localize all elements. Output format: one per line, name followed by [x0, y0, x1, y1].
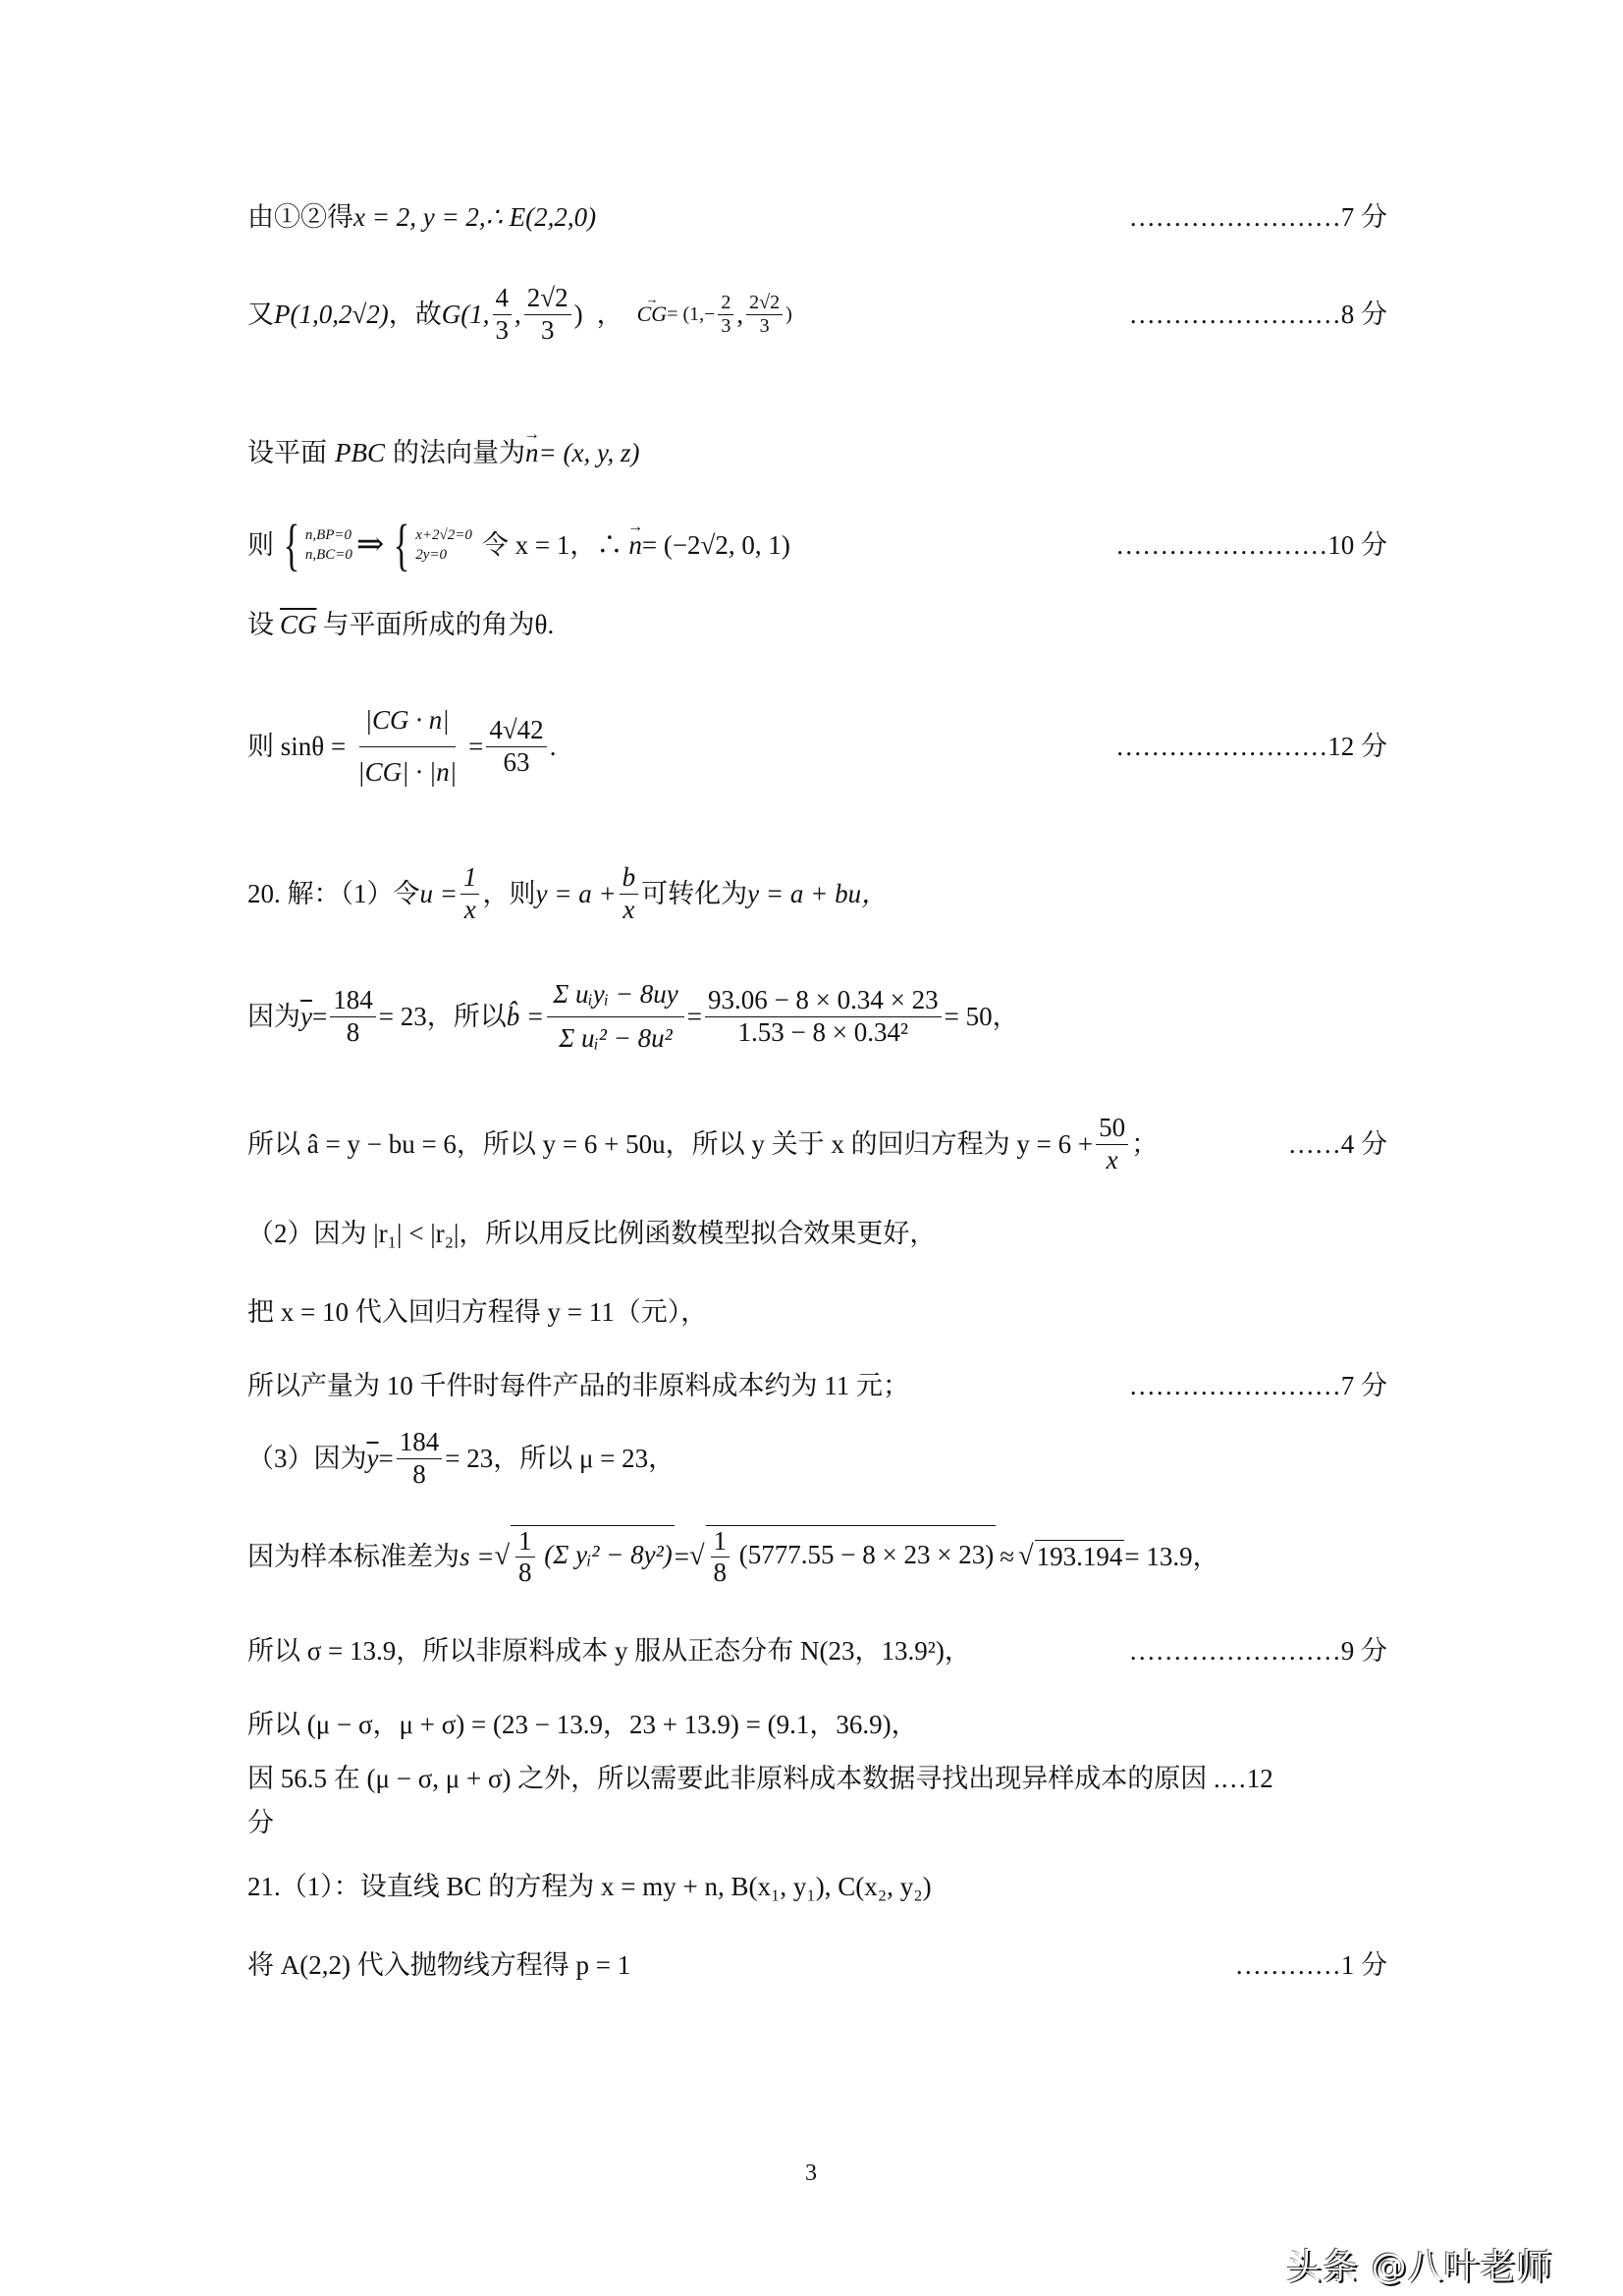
fraction: Σ uᵢyᵢ − 8uy Σ uᵢ² − 8u² — [547, 973, 684, 1059]
numerator: |CG · n| — [359, 695, 456, 746]
numerator: 2√2 — [524, 283, 571, 314]
fraction: 2√23 — [746, 292, 783, 338]
y-bar: y — [367, 1443, 379, 1474]
text: 21.（1）：设直线 BC 的方程为 x = my + n, B(x₁, y₁)… — [247, 1871, 932, 1902]
q21-line-bc: 21.（1）：设直线 BC 的方程为 x = my + n, B(x₁, y₁)… — [247, 1871, 1387, 1902]
numerator: 50 — [1096, 1113, 1128, 1144]
q20-line-conclusion-cont: 分 — [247, 1807, 1387, 1838]
b-hat: b̂ = — [507, 1001, 544, 1032]
q19-line-system: 则 { n,BP=0n,BC=0 ⇒ { x+2√2=02y=0 令 x = 1… — [247, 516, 1387, 574]
q19-line-normal-vector: 设平面 PBC 的法向量为 n = (x, y, z) — [247, 437, 1387, 468]
brace-icon: { — [284, 517, 300, 574]
text: 设平面 — [247, 437, 327, 468]
denominator: 3 — [493, 315, 513, 346]
denominator: x — [620, 895, 637, 925]
score-marker: ……………………7 分 — [1129, 201, 1387, 233]
denominator: 3 — [538, 315, 558, 346]
score-marker: ……………………12 分 — [1115, 731, 1387, 762]
text: . — [550, 731, 557, 762]
q20-line-part2: （2）因为 |r₁| < |r₂|，所以用反比例函数模型拟合效果更好， — [247, 1218, 1387, 1249]
q20-line-std-dev: 因为样本标准差为 s = √ 18 (Σ yᵢ² − 8y²) = √ 18 (… — [247, 1512, 1387, 1601]
text: ， — [597, 299, 623, 330]
text: 因为样本标准差为 — [247, 1541, 460, 1572]
denominator: 63 — [501, 747, 533, 778]
numerator: 4 — [493, 283, 513, 314]
plane-label: PBC — [335, 437, 385, 468]
numerator: 1 — [711, 1526, 730, 1558]
text: 则 — [247, 529, 274, 561]
q19-line-angle: 设 CG 与平面所成的角为θ. — [247, 609, 1387, 640]
score-marker: ……………………7 分 — [1129, 1370, 1387, 1401]
q20-line-conclusion: 因 56.5 在 (μ − σ, μ + σ) 之外，所以需要此非原料成本数据寻… — [247, 1763, 1387, 1794]
radicand: 193.194 — [1035, 1540, 1125, 1572]
q20-line-regression: 所以 â = y − bu = 6，所以 y = 6 + 50u，所以 y 关于… — [247, 1105, 1387, 1183]
text: 令 x = 1，∴ — [482, 529, 622, 561]
fraction: 1848 — [330, 985, 376, 1047]
text: ，则 — [482, 878, 535, 909]
radicand: 18 (Σ yᵢ² − 8y²) — [511, 1525, 675, 1588]
numerator: b — [620, 862, 639, 894]
equation: n,BC=0 — [305, 545, 352, 565]
q21-line-p: 将 A(2,2) 代入抛物线方程得 p = 1 …………1 分 — [247, 1949, 1387, 1981]
denominator: 8 — [344, 1017, 363, 1048]
equation-system: { x+2√2=02y=0 — [388, 517, 471, 574]
text: ≈ — [1000, 1541, 1014, 1572]
numerator: 93.06 − 8 × 0.34 × 23 — [705, 985, 942, 1016]
radicand: 18 (5777.55 − 8 × 23 × 23) — [706, 1525, 997, 1588]
fraction: 1x — [460, 862, 480, 924]
text: （3）因为 — [247, 1443, 367, 1474]
sqrt-icon: √ — [1018, 1540, 1034, 1573]
numerator: 4√42 — [486, 715, 546, 746]
fraction: 4√4263 — [486, 715, 546, 777]
text: ) — [785, 302, 792, 326]
fraction: 50x — [1096, 1113, 1128, 1175]
fraction: 18 — [515, 1526, 535, 1588]
text: 所以 σ = 13.9，所以非原料成本 y 服从正态分布 N(23，13.9²)… — [247, 1635, 971, 1667]
text: 设 — [247, 609, 274, 640]
text: = — [468, 731, 483, 762]
implies-icon: ⇒ — [356, 525, 385, 566]
denominator: 3 — [757, 315, 773, 338]
numerator: 184 — [397, 1427, 443, 1458]
score-marker: ……………………10 分 — [1115, 529, 1387, 561]
q20-line-b-hat: 因为 y = 1848 = 23，所以 b̂ = Σ uᵢyᵢ − 8uy Σ … — [247, 938, 1387, 1095]
text: = 23，所以 — [379, 1001, 507, 1032]
vector-n: n — [628, 529, 642, 561]
denominator: x — [1104, 1145, 1121, 1175]
text: = 13.9， — [1124, 1541, 1218, 1572]
numerator: 184 — [330, 985, 376, 1016]
math-expression: = (−2√2, 0, 1) — [642, 529, 790, 561]
denominator: 1.53 − 8 × 0.34² — [735, 1017, 912, 1048]
text: = — [687, 1001, 702, 1032]
text: 将 A(2,2) 代入抛物线方程得 p = 1 — [247, 1949, 630, 1981]
math-expression: s = — [460, 1541, 494, 1572]
denominator: 8 — [711, 1558, 730, 1588]
q20-line-substitution: 20. 解：（1）令 u = 1x ，则 y = a + bx 可转化为 y =… — [247, 854, 1387, 933]
text: ； — [1131, 1128, 1158, 1160]
denominator: 8 — [515, 1558, 535, 1588]
text: 所以产量为 10 千件时每件产品的非原料成本约为 11 元； — [247, 1370, 909, 1401]
math-expression: (5777.55 − 8 × 23 × 23) — [739, 1540, 994, 1569]
text: 所以 (μ − σ，μ + σ) = (23 − 13.9，23 + 13.9)… — [247, 1709, 918, 1740]
vector-cg: CG — [637, 301, 668, 327]
math-point-p: P(1,0,2√2) — [274, 299, 389, 330]
fraction: 18 — [711, 1526, 730, 1588]
text: = — [675, 1541, 689, 1572]
q20-line-part3: （3）因为 y = 1848 = 23，所以 μ = 23， — [247, 1419, 1387, 1498]
sqrt-icon: √ — [689, 1540, 705, 1573]
text: 因为 — [247, 1001, 300, 1032]
text: 与平面所成的角为θ. — [323, 609, 555, 640]
text: 又 — [247, 299, 274, 330]
score-marker: ……………………8 分 — [1129, 299, 1387, 330]
math-point-g: G(1, — [442, 299, 490, 330]
fraction: 1848 — [397, 1427, 443, 1489]
score-marker: ……………………9 分 — [1129, 1635, 1387, 1667]
page-number: 3 — [805, 2160, 817, 2187]
text: = 50， — [945, 1001, 1019, 1032]
watermark: 头条 @八叶老师 — [1286, 2239, 1552, 2289]
equation-system: { n,BP=0n,BC=0 — [278, 517, 352, 574]
fraction: 43 — [493, 283, 513, 345]
text: （2）因为 |r₁| < |r₂|，所以用反比例函数模型拟合效果更好， — [247, 1218, 936, 1249]
text: ，故 — [389, 299, 442, 330]
text: = — [378, 1443, 393, 1474]
text: 分 — [247, 1807, 274, 1838]
fraction: 23 — [718, 292, 733, 338]
math-expression: x = 2, y = 2,∴ E(2,2,0) — [353, 201, 596, 233]
numerator: 2√2 — [746, 292, 783, 315]
text: 的法向量为 — [393, 437, 525, 468]
text: 把 x = 10 代入回归方程得 y = 11（元）， — [247, 1296, 707, 1328]
text: 可转化为 — [641, 878, 747, 909]
q19-line-g-point: 又 P(1,0,2√2) ，故 G(1, 43, 2√23 ) ， CG = (… — [247, 275, 1387, 354]
math-expression: (Σ yᵢ² − 8y²) — [544, 1540, 672, 1569]
equation: 2y=0 — [415, 545, 472, 565]
q20-line-cost: 所以产量为 10 千件时每件产品的非原料成本约为 11 元； ……………………7… — [247, 1370, 1387, 1401]
denominator: 8 — [409, 1459, 429, 1490]
text: = — [312, 1001, 327, 1032]
fraction: |CG · n||CG| · |n| — [352, 695, 462, 796]
q20-line-substitute-x: 把 x = 10 代入回归方程得 y = 11（元）， — [247, 1296, 1387, 1328]
y-bar: y — [300, 1001, 312, 1032]
q19-line-sin: 则 sinθ = |CG · n||CG| · |n| = 4√4263 . …… — [247, 687, 1387, 805]
denominator: x — [461, 895, 479, 925]
equation: n,BP=0 — [305, 525, 352, 545]
text: 由①②得 — [247, 201, 353, 233]
fraction: 93.06 − 8 × 0.34 × 231.53 − 8 × 0.34² — [705, 985, 942, 1047]
fraction: bx — [620, 862, 639, 924]
text: = (1,− — [667, 302, 715, 326]
q20-line-interval: 所以 (μ − σ，μ + σ) = (23 − 13.9，23 + 13.9)… — [247, 1709, 1387, 1740]
q20-line-sigma: 所以 σ = 13.9，所以非原料成本 y 服从正态分布 N(23，13.9²)… — [247, 1635, 1387, 1667]
numerator: 1 — [515, 1526, 535, 1558]
text: 则 sinθ = — [247, 731, 346, 762]
denominator: |CG| · |n| — [352, 747, 462, 797]
sqrt-icon: √ — [494, 1540, 510, 1573]
text: = 23，所以 μ = 23， — [445, 1443, 675, 1474]
q19-line-e-point: 由①②得 x = 2, y = 2,∴ E(2,2,0) ……………………7 分 — [247, 201, 1387, 233]
denominator: 3 — [718, 315, 733, 338]
brace-icon: { — [394, 517, 410, 574]
score-marker: …………1 分 — [1235, 1949, 1387, 1981]
vector-cg: CG — [280, 609, 317, 640]
score-marker: ……4 分 — [1288, 1128, 1387, 1160]
fraction: 2√23 — [524, 283, 571, 345]
equation: x+2√2=0 — [415, 525, 472, 545]
math-expression: y = a + — [535, 878, 616, 909]
math-expression: u = — [420, 878, 458, 909]
denominator: Σ uᵢ² − 8u² — [553, 1017, 677, 1060]
numerator: 2 — [718, 292, 733, 315]
vector-n: n — [525, 437, 539, 468]
math-expression: = (x, y, z) — [539, 437, 640, 468]
math-expression: y = a + bu， — [747, 878, 888, 909]
numerator: 1 — [460, 862, 480, 894]
numerator: Σ uᵢyᵢ − 8uy — [547, 973, 684, 1016]
text: ) — [574, 299, 583, 330]
question-label: 20. 解：（1）令 — [247, 878, 420, 909]
text: 因 56.5 在 (μ − σ, μ + σ) 之外，所以需要此非原料成本数据寻… — [247, 1763, 1273, 1794]
text: 所以 â = y − bu = 6，所以 y = 6 + 50u，所以 y 关于… — [247, 1128, 1093, 1160]
